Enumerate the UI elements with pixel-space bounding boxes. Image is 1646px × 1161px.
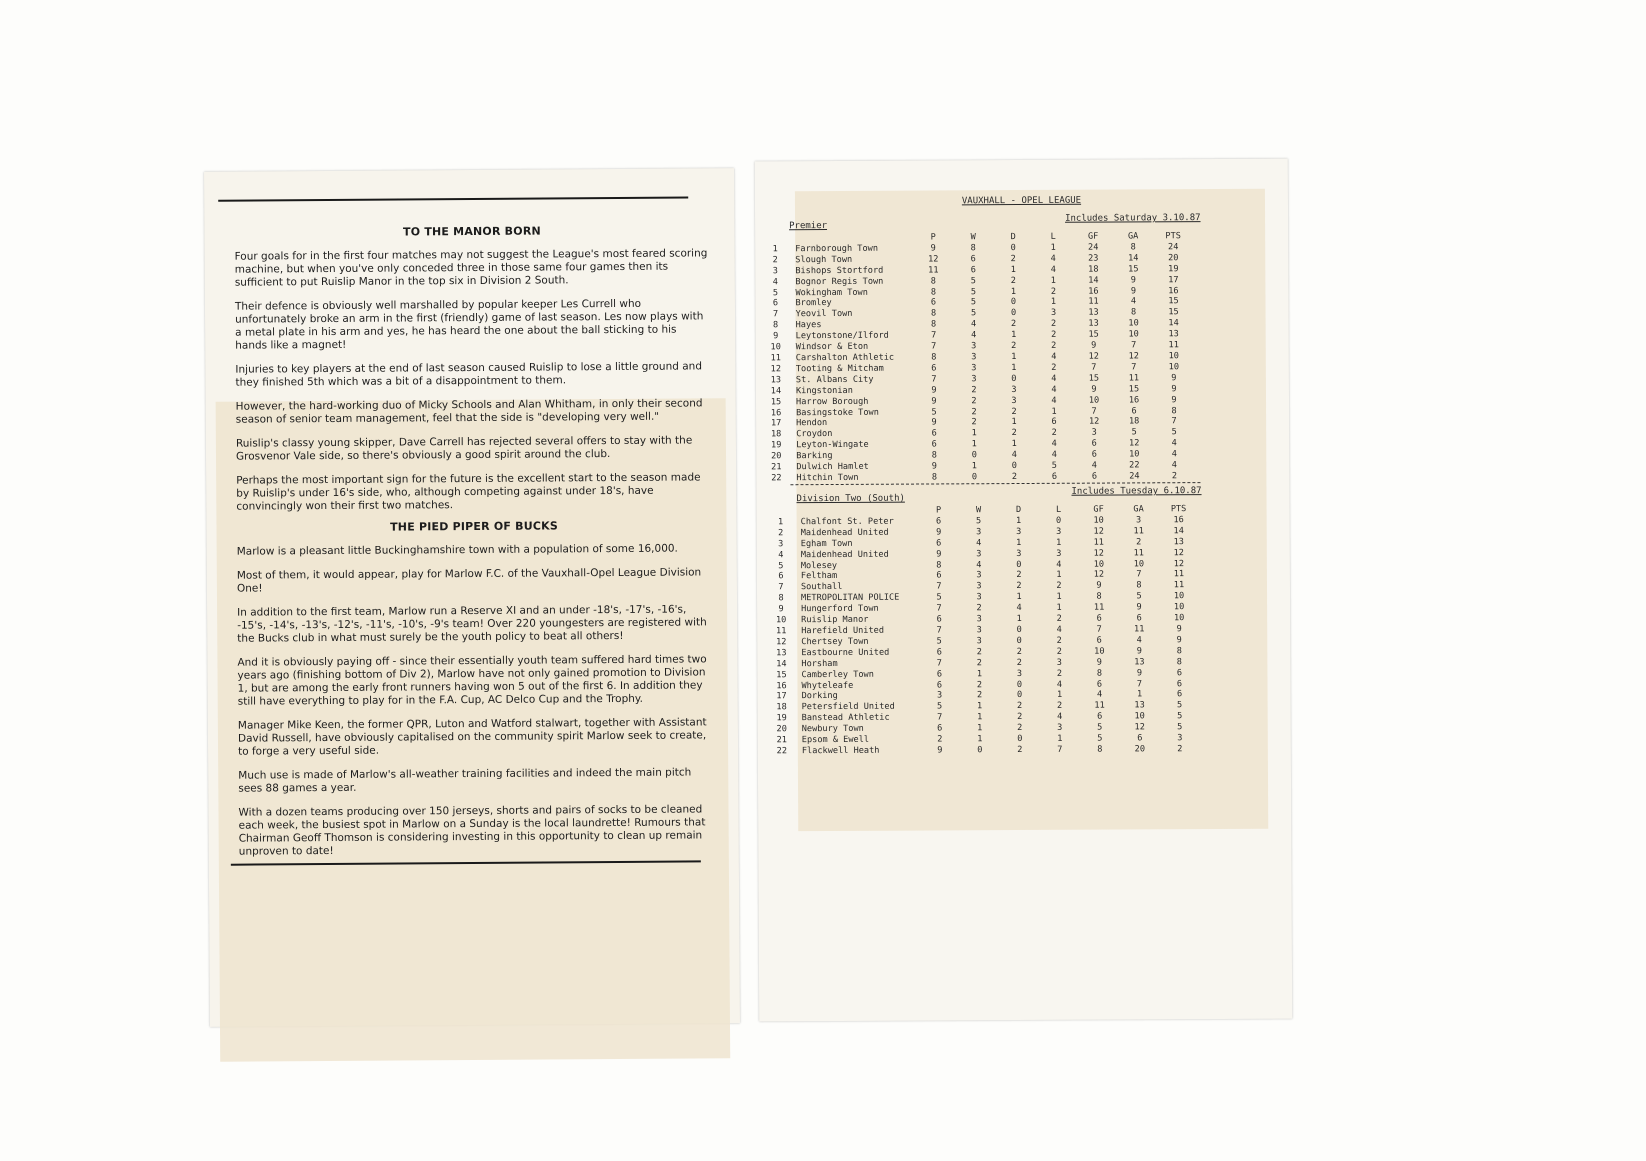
article-paragraph: In addition to the first team, Marlow ru…: [237, 603, 712, 645]
stat-cell: 12: [1074, 351, 1114, 362]
article-paragraph: Much use is made of Marlow's all-weather…: [238, 766, 713, 795]
team-cell: Bognor Regis Town: [795, 276, 913, 288]
position-cell: 20: [756, 451, 796, 462]
stat-cell: 1: [999, 538, 1039, 549]
position-cell: 3: [755, 266, 795, 277]
stat-cell: 3: [1119, 515, 1159, 526]
stat-cell: 0: [1000, 690, 1040, 701]
stat-cell: 11: [913, 265, 953, 276]
stat-cell: 14: [1159, 526, 1199, 537]
position-cell: 9: [761, 604, 801, 615]
stat-cell: 0: [999, 559, 1039, 570]
stat-cell: 4: [1154, 460, 1194, 471]
stat-cell: 2: [1000, 712, 1040, 723]
stat-cell: 7: [1040, 745, 1080, 756]
stat-cell: 8: [1080, 744, 1120, 755]
stat-cell: 1: [960, 723, 1000, 734]
stat-cell: 2: [1034, 341, 1074, 352]
article-title: THE PIED PIPER OF BUCKS: [236, 518, 711, 534]
table-row: 3Bishops Stortford11614181519: [755, 264, 1193, 277]
stat-cell: 0: [954, 450, 994, 461]
stat-cell: 1: [1039, 537, 1079, 548]
stat-cell: 1: [1040, 734, 1080, 745]
stat-cell: 2: [994, 341, 1034, 352]
stat-cell: 1: [1039, 570, 1079, 581]
stat-cell: 3: [959, 636, 999, 647]
column-header: [761, 506, 801, 517]
stat-cell: 1: [954, 461, 994, 472]
stat-cell: 6: [1160, 689, 1200, 700]
stat-cell: 2: [1039, 636, 1079, 647]
stat-cell: 4: [1074, 461, 1114, 472]
left-page: TO THE MANOR BORN Four goals for in the …: [204, 168, 740, 1027]
stat-cell: 2: [999, 647, 1039, 658]
stat-cell: 8: [1159, 646, 1199, 657]
stat-cell: 4: [1034, 395, 1074, 406]
stat-cell: 0: [999, 679, 1039, 690]
position-cell: 2: [761, 528, 801, 539]
stat-cell: 8: [913, 287, 953, 298]
article-manor-born: TO THE MANOR BORN Four goals for in the …: [234, 223, 711, 524]
team-cell: Basingstoke Town: [796, 407, 914, 419]
stat-cell: 12: [1120, 722, 1160, 733]
stat-cell: 3: [954, 374, 994, 385]
stat-cell: 0: [1000, 734, 1040, 745]
position-cell: 22: [756, 473, 796, 484]
position-cell: 5: [755, 288, 795, 299]
stat-cell: 0: [993, 243, 1033, 254]
article-body: Marlow is a pleasant little Buckinghamsh…: [237, 542, 714, 858]
stat-cell: 8: [914, 472, 954, 483]
team-cell: Eastbourne United: [801, 647, 919, 659]
column-header: PTS: [1159, 504, 1199, 515]
stat-cell: 1: [994, 439, 1034, 450]
stat-cell: 4: [1113, 297, 1153, 308]
position-cell: 14: [761, 659, 801, 670]
stat-cell: 1: [1033, 243, 1073, 254]
stat-cell: 3: [1074, 428, 1114, 439]
column-header: [755, 233, 795, 244]
team-cell: Egham Town: [801, 538, 919, 550]
stat-cell: 9: [913, 243, 953, 254]
position-cell: 22: [762, 746, 802, 757]
article-paragraph: Four goals for in the first four matches…: [235, 247, 710, 289]
stat-cell: 6: [920, 723, 960, 734]
stat-cell: 9: [920, 745, 960, 756]
team-cell: Bromley: [795, 298, 913, 310]
column-header: P: [919, 505, 959, 516]
stat-cell: 4: [1034, 384, 1074, 395]
stat-cell: 13: [1120, 701, 1160, 712]
stat-cell: 5: [914, 407, 954, 418]
position-cell: 8: [761, 593, 801, 604]
article-paragraph: Most of them, it would appear, play for …: [237, 566, 712, 595]
team-cell: Wokingham Town: [795, 287, 913, 299]
stat-cell: 6: [1114, 406, 1154, 417]
stat-cell: 2: [1039, 668, 1079, 679]
position-cell: 10: [761, 615, 801, 626]
top-rule: [218, 196, 688, 201]
stat-cell: 9: [1159, 635, 1199, 646]
stat-cell: 16: [1114, 395, 1154, 406]
column-header: D: [993, 232, 1033, 243]
stat-cell: 2: [1034, 428, 1074, 439]
stat-cell: 4: [1034, 439, 1074, 450]
stat-cell: 24: [1153, 242, 1193, 253]
position-cell: 6: [761, 572, 801, 583]
column-header: GA: [1119, 504, 1159, 515]
position-cell: 19: [756, 440, 796, 451]
stat-cell: 9: [1113, 286, 1153, 297]
column-header: GF: [1073, 232, 1113, 243]
position-cell: 7: [756, 310, 796, 321]
stat-cell: 11: [1154, 340, 1194, 351]
stat-cell: 9: [914, 396, 954, 407]
stat-cell: 2: [960, 691, 1000, 702]
stat-cell: 3: [959, 592, 999, 603]
stat-cell: 10: [1120, 712, 1160, 723]
stat-cell: 1: [999, 614, 1039, 625]
stat-cell: 5: [1160, 722, 1200, 733]
stat-cell: 5: [954, 308, 994, 319]
stat-cell: 3: [959, 581, 999, 592]
stat-cell: 11: [1080, 701, 1120, 712]
stat-cell: 10: [1079, 559, 1119, 570]
team-cell: Yeovil Town: [796, 309, 914, 321]
stat-cell: 3: [920, 691, 960, 702]
stat-cell: 2: [954, 396, 994, 407]
stat-cell: 2: [1160, 744, 1200, 755]
stat-cell: 7: [1079, 624, 1119, 635]
stat-cell: 2: [1039, 646, 1079, 657]
team-cell: Leytonstone/Ilford: [796, 331, 914, 343]
stat-cell: 4: [954, 330, 994, 341]
stat-cell: 2: [959, 647, 999, 658]
stat-cell: 3: [959, 625, 999, 636]
stat-cell: 6: [919, 538, 959, 549]
stat-cell: 13: [1074, 308, 1114, 319]
stat-cell: 9: [1119, 646, 1159, 657]
position-cell: 4: [761, 550, 801, 561]
stat-cell: 3: [1039, 527, 1079, 538]
stat-cell: 9: [914, 385, 954, 396]
stat-cell: 5: [1080, 723, 1120, 734]
stat-cell: 10: [1114, 449, 1154, 460]
stat-cell: 9: [919, 527, 959, 538]
stat-cell: 12: [1114, 351, 1154, 362]
stat-cell: 1: [993, 265, 1033, 276]
stat-cell: 7: [914, 341, 954, 352]
stat-cell: 13: [1159, 537, 1199, 548]
position-cell: 1: [761, 517, 801, 528]
stat-cell: 1: [1034, 406, 1074, 417]
stat-cell: 6: [1159, 679, 1199, 690]
stat-cell: 7: [1074, 406, 1114, 417]
team-cell: Hungerford Town: [801, 604, 919, 616]
stat-cell: 7: [1114, 340, 1154, 351]
stat-cell: 2: [1039, 614, 1079, 625]
stat-cell: 3: [999, 549, 1039, 560]
stat-cell: 7: [919, 658, 959, 669]
position-cell: 12: [761, 637, 801, 648]
team-cell: Bishops Stortford: [795, 265, 913, 277]
team-cell: Kingstonian: [796, 385, 914, 397]
position-cell: 11: [761, 626, 801, 637]
stat-cell: 2: [959, 680, 999, 691]
stat-cell: 5: [919, 636, 959, 647]
stat-cell: 7: [919, 582, 959, 593]
position-cell: 9: [756, 331, 796, 342]
stat-cell: 2: [1039, 581, 1079, 592]
stat-cell: 1: [954, 428, 994, 439]
column-header: GA: [1113, 231, 1153, 242]
article-paragraph: Ruislip's classy young skipper, Dave Car…: [236, 434, 711, 463]
team-cell: Chalfont St. Peter: [801, 516, 919, 528]
article-paragraph: Manager Mike Keen, the former QPR, Luton…: [238, 716, 713, 758]
stat-cell: 6: [919, 614, 959, 625]
position-cell: 13: [756, 375, 796, 386]
column-header: L: [1033, 232, 1073, 243]
stat-cell: 5: [1080, 734, 1120, 745]
position-cell: 18: [756, 430, 796, 441]
stat-cell: 1: [954, 439, 994, 450]
stat-cell: 5: [1154, 427, 1194, 438]
stat-cell: 0: [954, 472, 994, 483]
article-body: Four goals for in the first four matches…: [235, 247, 712, 513]
stat-cell: 23: [1073, 253, 1113, 264]
position-cell: 5: [761, 561, 801, 572]
stat-cell: 7: [1119, 679, 1159, 690]
article-paragraph: With a dozen teams producing over 150 je…: [238, 803, 713, 858]
stat-cell: 14: [1113, 253, 1153, 264]
team-cell: Windsor & Eton: [796, 342, 914, 354]
team-cell: Maidenhead United: [801, 549, 919, 561]
position-cell: 11: [756, 353, 796, 364]
stat-cell: 15: [1114, 384, 1154, 395]
stat-cell: 5: [953, 298, 993, 309]
stat-cell: 12: [1159, 548, 1199, 559]
column-header: [801, 506, 919, 518]
stat-cell: 1: [994, 417, 1034, 428]
stat-cell: 11: [1079, 603, 1119, 614]
stat-cell: 8: [914, 352, 954, 363]
stat-cell: 6: [1034, 417, 1074, 428]
team-cell: Whyteleafe: [801, 680, 919, 692]
stat-cell: 11: [1119, 526, 1159, 537]
stat-cell: 10: [1154, 351, 1194, 362]
table-row: 14Horsham72239138: [761, 657, 1199, 670]
table-row: 2Maidenhead United9333121114: [761, 526, 1199, 539]
stat-cell: 4: [1034, 352, 1074, 363]
stat-cell: 9: [1154, 384, 1194, 395]
stat-cell: 7: [1114, 362, 1154, 373]
stat-cell: 0: [994, 374, 1034, 385]
stat-cell: 10: [1074, 395, 1114, 406]
stat-cell: 11: [1159, 580, 1199, 591]
stat-cell: 9: [1119, 668, 1159, 679]
stat-cell: 8: [914, 309, 954, 320]
stat-cell: 2: [1034, 319, 1074, 330]
stat-cell: 16: [1153, 286, 1193, 297]
stat-cell: 2: [999, 581, 1039, 592]
stat-cell: 7: [1074, 362, 1114, 373]
stat-cell: 6: [1159, 668, 1199, 679]
stat-cell: 9: [1074, 384, 1114, 395]
stat-cell: 4: [959, 538, 999, 549]
stat-cell: 2: [993, 276, 1033, 287]
stat-cell: 6: [1074, 450, 1114, 461]
stat-cell: 10: [1159, 591, 1199, 602]
stat-cell: 8: [1079, 592, 1119, 603]
position-cell: 18: [762, 702, 802, 713]
stat-cell: 9: [1079, 581, 1119, 592]
stat-cell: 4: [1154, 449, 1194, 460]
stat-cell: 13: [1074, 319, 1114, 330]
stat-cell: 3: [954, 363, 994, 374]
stat-cell: 11: [1119, 548, 1159, 559]
stat-cell: 10: [1079, 515, 1119, 526]
right-page: VAUXHALL - OPEL LEAGUE Premier Includes …: [755, 159, 1292, 1022]
stat-cell: 20: [1120, 744, 1160, 755]
stat-cell: 3: [954, 352, 994, 363]
stat-cell: 6: [913, 298, 953, 309]
stat-cell: 8: [1159, 657, 1199, 668]
stat-cell: 15: [1074, 330, 1114, 341]
team-cell: Dorking: [802, 691, 920, 703]
stat-cell: 5: [919, 593, 959, 604]
stat-cell: 1: [994, 330, 1034, 341]
stat-cell: 0: [999, 625, 1039, 636]
stat-cell: 1: [994, 352, 1034, 363]
table-row: 15Harrow Borough923410169: [756, 395, 1194, 408]
stat-cell: 6: [1079, 679, 1119, 690]
stat-cell: 4: [1039, 559, 1079, 570]
stat-cell: 17: [1153, 275, 1193, 286]
stat-cell: 1: [960, 734, 1000, 745]
stat-cell: 4: [1034, 450, 1074, 461]
team-cell: Horsham: [801, 658, 919, 670]
stat-cell: 3: [1034, 308, 1074, 319]
stat-cell: 15: [1074, 373, 1114, 384]
team-cell: Molesey: [801, 560, 919, 572]
team-cell: Carshalton Athletic: [796, 353, 914, 365]
stat-cell: 7: [919, 625, 959, 636]
stat-cell: 0: [993, 297, 1033, 308]
stat-cell: 4: [1033, 254, 1073, 265]
stat-cell: 13: [1154, 329, 1194, 340]
team-cell: Hayes: [796, 320, 914, 332]
team-cell: Slough Town: [795, 254, 913, 266]
stat-cell: 2: [994, 319, 1034, 330]
stat-cell: 4: [959, 560, 999, 571]
stat-cell: 5: [953, 287, 993, 298]
column-header: PTS: [1153, 231, 1193, 242]
team-cell: Flackwell Heath: [802, 745, 920, 757]
stat-cell: 6: [914, 429, 954, 440]
article-paragraph: Perhaps the most important sign for the …: [236, 471, 711, 513]
column-header: GF: [1079, 505, 1119, 516]
stat-cell: 6: [1119, 613, 1159, 624]
stat-cell: 4: [1039, 679, 1079, 690]
position-cell: 4: [755, 277, 795, 288]
stat-cell: 12: [913, 254, 953, 265]
team-cell: Southall: [801, 582, 919, 594]
stat-cell: 10: [1114, 329, 1154, 340]
stat-cell: 9: [914, 418, 954, 429]
stat-cell: 1: [959, 669, 999, 680]
position-cell: 6: [755, 299, 795, 310]
stat-cell: 1: [1120, 690, 1160, 701]
stat-cell: 2: [1119, 537, 1159, 548]
stat-cell: 7: [1119, 570, 1159, 581]
stat-cell: 2: [954, 407, 994, 418]
position-cell: 7: [761, 583, 801, 594]
position-cell: 15: [761, 670, 801, 681]
stat-cell: 12: [1074, 417, 1114, 428]
stat-cell: 2: [959, 658, 999, 669]
column-header: D: [999, 505, 1039, 516]
stat-cell: 24: [1073, 242, 1113, 253]
stat-cell: 1: [1040, 690, 1080, 701]
team-cell: Tooting & Mitcham: [796, 363, 914, 375]
article-paragraph: However, the hard-working duo of Micky S…: [236, 397, 711, 426]
stat-cell: 3: [959, 549, 999, 560]
position-cell: 14: [756, 386, 796, 397]
stat-cell: 6: [919, 647, 959, 658]
team-cell: Croydon: [796, 429, 914, 441]
stat-cell: 18: [1114, 417, 1154, 428]
article-title: TO THE MANOR BORN: [234, 223, 709, 239]
stat-cell: 3: [959, 571, 999, 582]
stat-cell: 2: [954, 418, 994, 429]
stat-cell: 0: [994, 461, 1034, 472]
stat-cell: 2: [920, 734, 960, 745]
team-cell: Banstead Athletic: [802, 713, 920, 725]
position-cell: 16: [761, 681, 801, 692]
stat-cell: 2: [954, 385, 994, 396]
stat-cell: 0: [999, 636, 1039, 647]
stat-cell: 8: [914, 320, 954, 331]
stat-cell: 9: [1154, 395, 1194, 406]
stat-cell: 6: [914, 440, 954, 451]
stat-cell: 19: [1153, 264, 1193, 275]
stat-cell: 10: [1159, 613, 1199, 624]
stat-cell: 2: [999, 658, 1039, 669]
team-cell: Epsom & Ewell: [802, 735, 920, 747]
stat-cell: 6: [953, 254, 993, 265]
stat-cell: 8: [953, 243, 993, 254]
stat-cell: 3: [994, 385, 1034, 396]
stat-cell: 11: [1159, 570, 1199, 581]
team-cell: Harrow Borough: [796, 396, 914, 408]
position-cell: 2: [755, 255, 795, 266]
stat-cell: 2: [1034, 330, 1074, 341]
stat-cell: 3: [999, 669, 1039, 680]
position-cell: 17: [756, 419, 796, 430]
position-cell: 21: [762, 735, 802, 746]
column-header: [795, 233, 913, 245]
stat-cell: 8: [1114, 308, 1154, 319]
team-cell: Newbury Town: [802, 724, 920, 736]
stat-cell: 5: [1160, 700, 1200, 711]
stat-cell: 6: [1080, 712, 1120, 723]
stat-cell: 4: [1119, 635, 1159, 646]
stat-cell: 8: [1079, 668, 1119, 679]
stat-cell: 6: [1034, 472, 1074, 483]
stat-cell: 16: [1073, 286, 1113, 297]
stat-cell: 2: [1000, 723, 1040, 734]
stat-cell: 6: [914, 363, 954, 374]
